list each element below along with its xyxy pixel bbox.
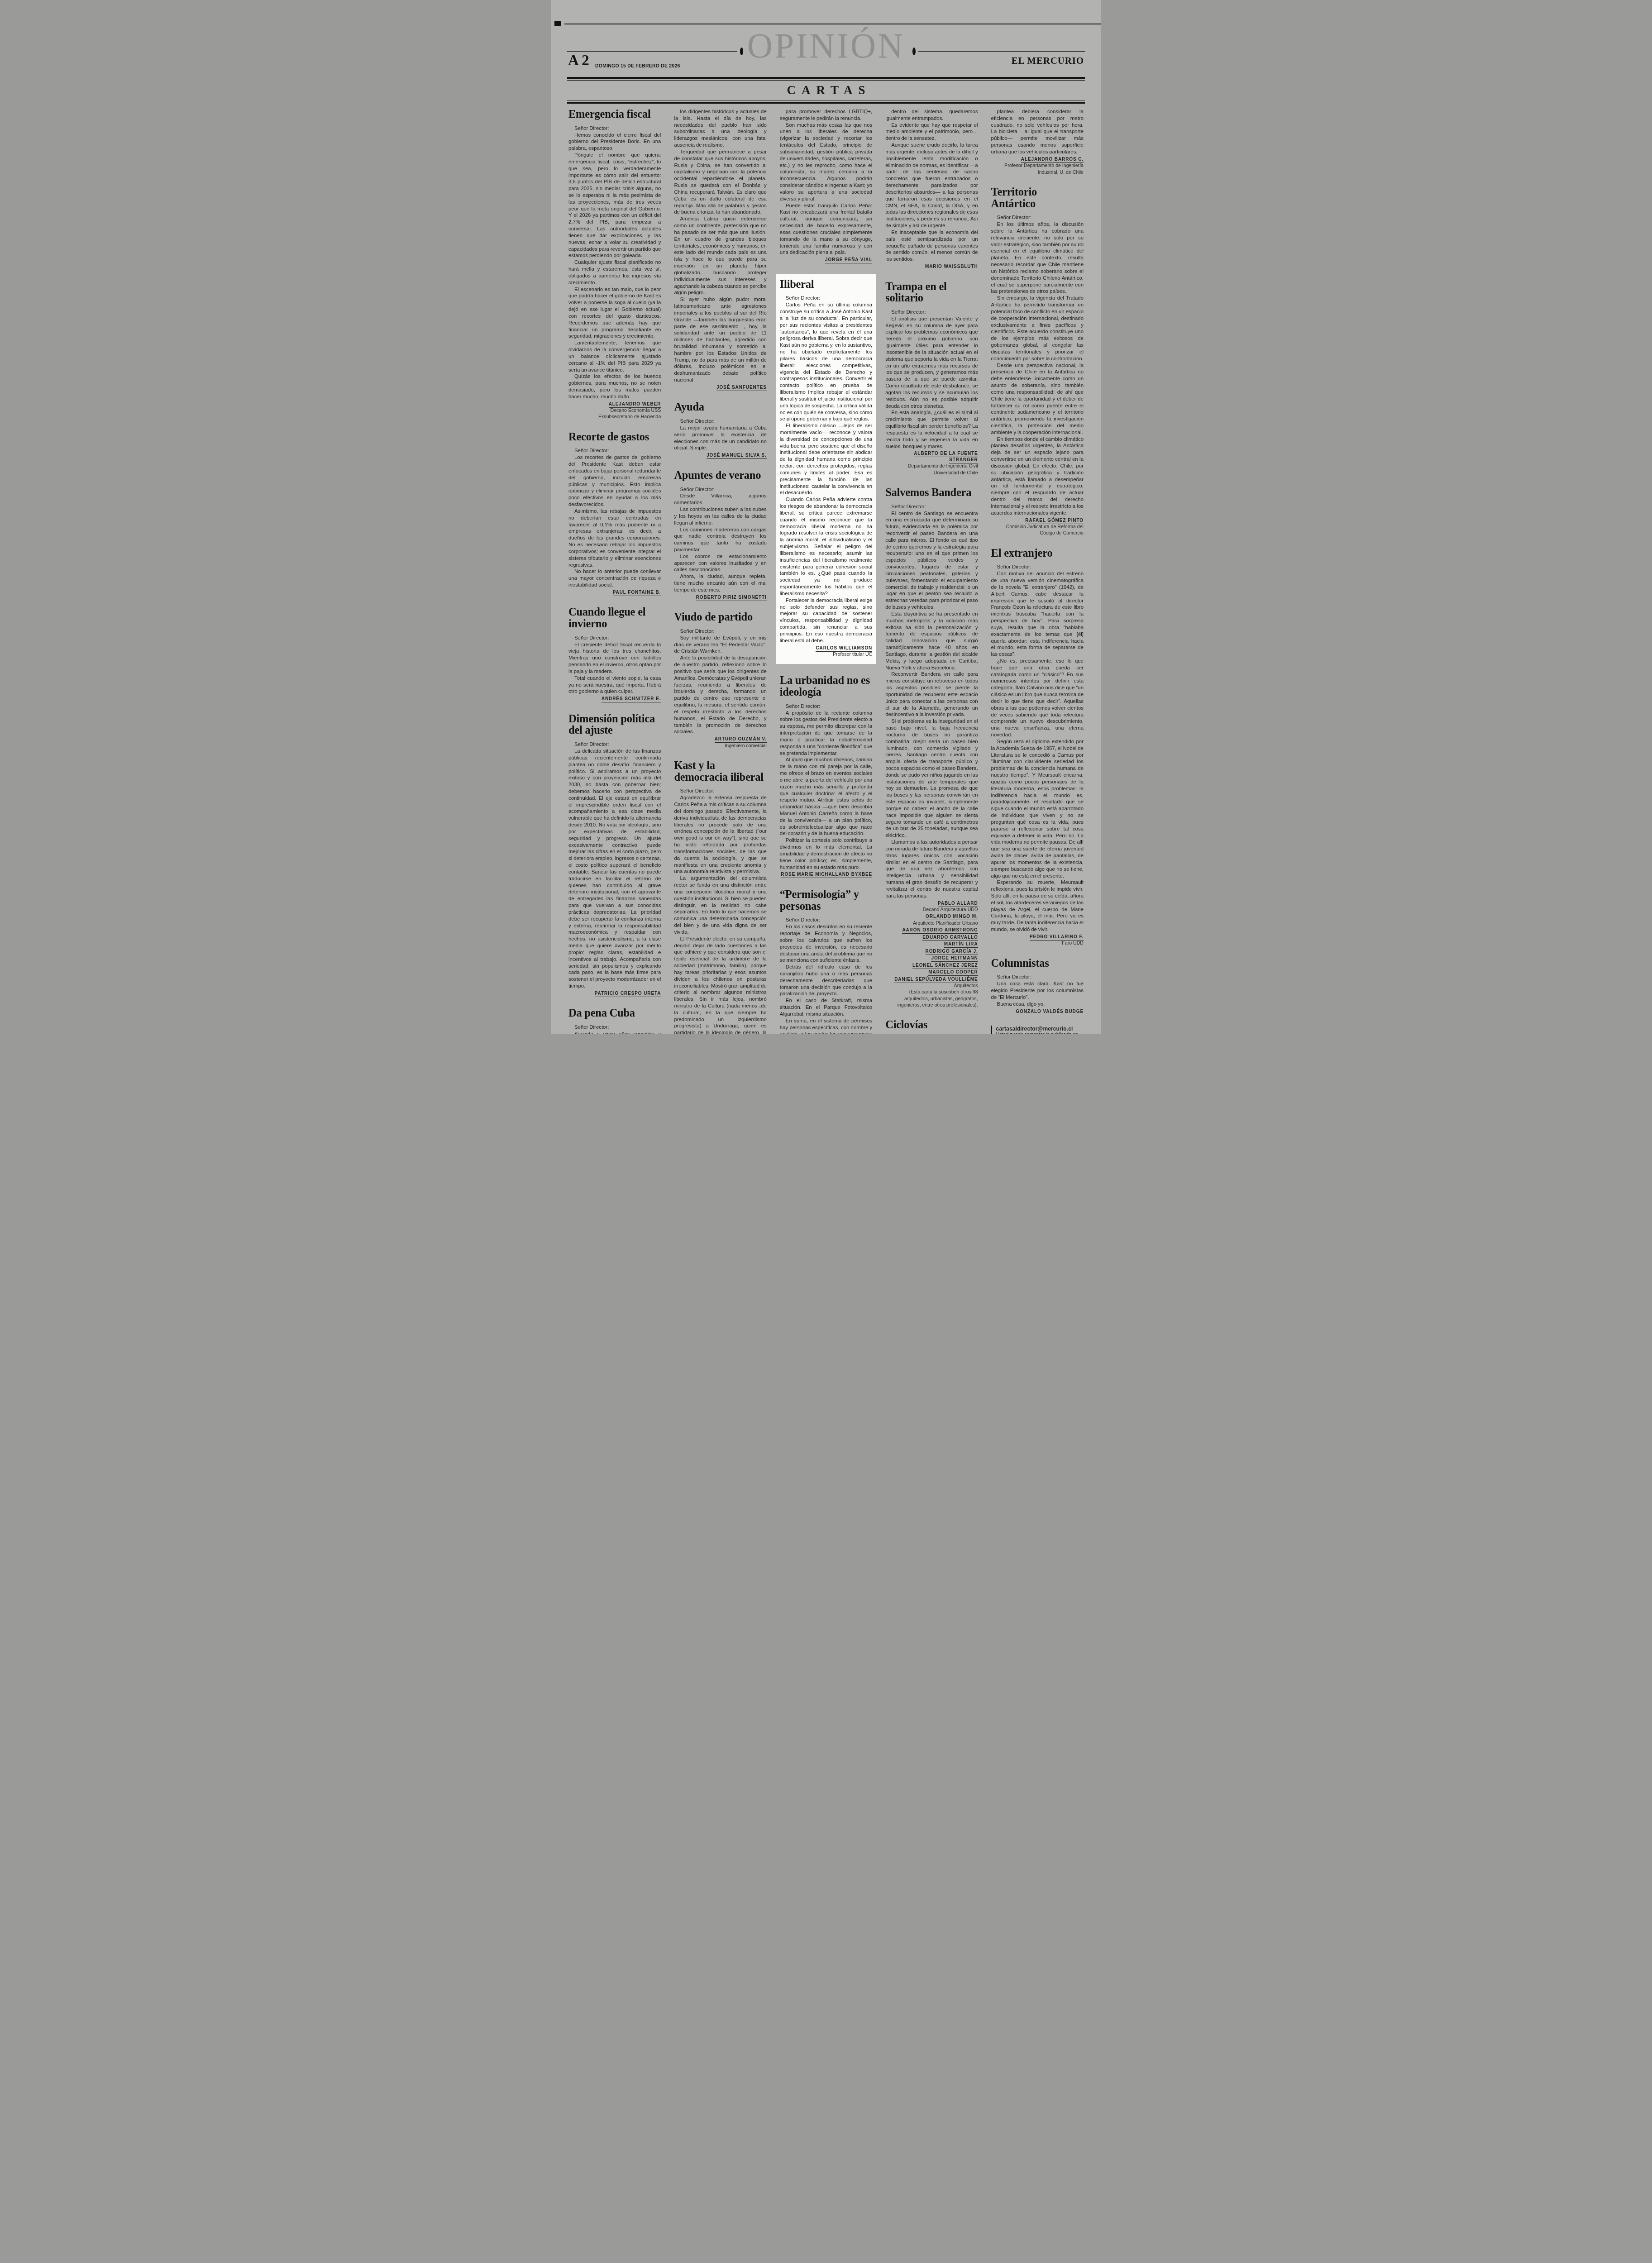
letter-headline: Apuntes de verano (674, 470, 766, 482)
letter-headline: Recorte de gastos (568, 431, 661, 443)
letter-paragraph: Señor Director: (568, 1024, 661, 1031)
signature-role: Faro UDD (991, 940, 1084, 946)
signature-name: PAUL FONTAINE B. (568, 590, 661, 596)
letter-article: IliberalSeñor Director:Carlos Peña en su… (776, 274, 876, 664)
letter-paragraph: En los últimos años, la discusión sobre … (991, 221, 1084, 295)
letter-paragraph: Sesenta y cinco años sometida a bloqueo … (568, 1031, 661, 1034)
letter-paragraph: Quizás los efectos de los buenos gobiern… (568, 373, 661, 400)
blog-note: Usted puede comentar lo publicado en nue… (996, 1032, 1084, 1034)
ornament-rule-left (567, 51, 737, 52)
letter-paragraph: Esperando su muerte, Meursault reflexion… (991, 879, 1084, 933)
signature-role: Decano Arquitectura UDD (885, 907, 978, 913)
signature-name: DANIEL SEPÚLVEDA VOULLIÈME (885, 977, 978, 983)
letter-paragraph: Soy militante de Evópoli, y en mis días … (674, 635, 766, 655)
signature-name: LEONEL SÁNCHEZ JEREZ (885, 963, 978, 969)
masthead: EL MERCURIO (1012, 55, 1084, 67)
letter-paragraph: La mejor ayuda humanitaria a Cuba sería … (674, 425, 766, 452)
letter-paragraph: Señor Director: (674, 487, 766, 493)
letter-paragraph: En tiempos donde el cambio climático pla… (991, 436, 1084, 517)
divider-thick-bottom (567, 102, 1085, 104)
letter-paragraph: Son muchas más cosas las que nos unen a … (780, 122, 872, 203)
signature-name: ARTURO GUZMÁN V. (674, 736, 766, 743)
letter-paragraph: Señor Director: (991, 215, 1084, 221)
divider-thick (567, 77, 1085, 79)
signature-name: CARLOS WILLIAMSON (780, 645, 872, 652)
signature-name: RODRIGO GARCÍA J. (885, 949, 978, 955)
letter-article: ColumnistasSeñor Director:Una cosa está … (991, 958, 1084, 1015)
letter-paragraph: Los cobros de estacionamiento aparecen c… (674, 554, 766, 573)
signature-role: Departamento de Ingeniería Civil (885, 463, 978, 469)
letter-paragraph: Los recortes de gastos del gobierno del … (568, 454, 661, 508)
signature-name: ROBERTO PIRIZ SIMONETTI (674, 595, 766, 601)
letter-paragraph: Señor Director: (885, 504, 978, 511)
letter-headline: Ciclovías (885, 1019, 978, 1031)
letter-article: Kast y la democracia iliberalSeñor Direc… (674, 760, 766, 1034)
letter-headline: Salvemos Bandera (885, 487, 978, 499)
letter-article: AyudaSeñor Director:La mejor ayuda human… (674, 401, 766, 458)
letter-paragraph: Desde una perspectiva nacional, la prese… (991, 363, 1084, 436)
letter-paragraph: Cualquier ajuste fiscal planificado no h… (568, 259, 661, 286)
letter-article: Salvemos BanderaSeñor Director:El centro… (885, 487, 978, 1008)
letter-headline: Territorio Antártico (991, 186, 1084, 210)
signature-name: ORLANDO MINGO M. (885, 914, 978, 920)
letter-paragraph: América Latina quiso entenderse como un … (674, 216, 766, 296)
letter-paragraph: Los camiones madereros con cargas que na… (674, 527, 766, 554)
letter-paragraph: Ante la posibilidad de la desaparición d… (674, 655, 766, 735)
letters-policy-box: cartasaldirector@mercurio.cl Usted puede… (991, 1026, 1084, 1034)
letter-paragraph: los dirigentes históricos y actuales de … (674, 109, 766, 149)
letter-article: El extranjeroSeñor Director:Con motivo d… (991, 548, 1084, 947)
divider-thin (567, 80, 1085, 81)
letter-paragraph: El creciente déficit fiscal recuerda la … (568, 642, 661, 675)
letter-headline: Emergencia fiscal (568, 109, 661, 120)
ornament-dot-left (740, 48, 743, 55)
signature-role: Arquitecto Planificador Urbano (885, 920, 978, 926)
signature-name: PATRICIO CRESPO URETA (568, 991, 661, 997)
letter-paragraph: Al igual que muchos chilenos, camino de … (780, 757, 872, 837)
letter-paragraph: Si el problema es la inseguridad en el p… (885, 718, 978, 839)
letter-article: “Permisología” y personasSeñor Director:… (780, 889, 872, 1034)
letter-headline: “Permisología” y personas (780, 889, 872, 912)
letter-headline: Ayuda (674, 401, 766, 413)
signature-name: MARIO WAISSBLUTH (885, 264, 978, 270)
signature-name: ALEJANDRO BARROS C. (991, 157, 1084, 163)
subsection-title: CARTAS (551, 83, 1101, 97)
letter-paragraph: El centro de Santiago se encuentra en un… (885, 511, 978, 611)
letter-paragraph: Aunque suene crudo decirlo, la tarea más… (885, 142, 978, 229)
letter-paragraph: ¿No es, precisamente, eso lo que hace qu… (991, 658, 1084, 739)
signature-name: PABLO ALLARD (885, 901, 978, 907)
letter-paragraph: Hemos conocido el cierre fiscal del gobi… (568, 132, 661, 152)
letter-paragraph: plantea debiera considerar la eficiencia… (991, 109, 1084, 156)
signature-name: MARTÍN LIRA (885, 941, 978, 948)
letters-grid: Emergencia fiscalSeñor Director:Hemos co… (568, 109, 1084, 1034)
letter-paragraph: Ahora, la ciudad, aunque repleta, tiene … (674, 573, 766, 593)
letter-article: Da pena CubaSeñor Director:Sesenta y cin… (568, 1007, 661, 1034)
ornament-rule-right (918, 51, 1085, 52)
contact-email-link[interactable]: cartasaldirector@mercurio.cl (996, 1026, 1084, 1032)
letter-paragraph: Cuando Carlos Peña advierte contra los r… (780, 497, 872, 597)
signature-name: ALBERTO DE LA FUENTE STRANGER (885, 451, 978, 463)
letter-paragraph: Terquedad que permanece a pesar de const… (674, 149, 766, 216)
column-1: Emergencia fiscalSeñor Director:Hemos co… (568, 109, 661, 1034)
letter-paragraph: Señor Director: (568, 741, 661, 748)
letter-continuation: los dirigentes históricos y actuales de … (674, 109, 766, 391)
letter-headline: Columnistas (991, 958, 1084, 969)
letter-paragraph: No hacer lo anterior puede conllevar una… (568, 568, 661, 588)
letter-paragraph: Lamentablemente, tenemos que olvidarnos … (568, 340, 661, 373)
ornament-dot-right (912, 48, 916, 55)
letter-headline: Da pena Cuba (568, 1007, 661, 1019)
letter-article: Trampa en el solitarioSeñor Director:El … (885, 281, 978, 476)
letter-paragraph: Señor Director: (780, 917, 872, 924)
letter-paragraph: Señor Director: (674, 788, 766, 795)
letter-continuation: plantea debiera considerar la eficiencia… (991, 109, 1084, 176)
signature-role: Universidad de Chile (885, 470, 978, 476)
letter-paragraph: El liberalismo clásico —lejos de ser mor… (780, 423, 872, 497)
letter-paragraph: En los casos descritos en su reciente re… (780, 924, 872, 964)
letter-paragraph: En el caso de Statkraft, misma situación… (780, 998, 872, 1017)
signature-name: ANDRÉS SCHNITZER E. (568, 696, 661, 702)
column-3: para promover derechos LGBTIQ+, segurame… (780, 109, 872, 1034)
letter-paragraph: Fortalecer la democracia liberal exige n… (780, 597, 872, 645)
letter-paragraph: Reconvertir Bandera en calle para micros… (885, 671, 978, 718)
newspaper-page: OPINIÓN A 2 DOMINGO 15 DE FEBRERO DE 202… (551, 0, 1101, 1034)
signature-role: Comisión Judicatura de Reforma del Códig… (991, 524, 1084, 537)
signature-role: Arquitectos (885, 983, 978, 989)
letter-article: Apuntes de veranoSeñor Director:Desde Vi… (674, 470, 766, 601)
letter-paragraph: La delicada situación de las finanzas pú… (568, 748, 661, 990)
letter-paragraph: Póngale el nombre que quiera: emergencia… (568, 152, 661, 259)
signature-name: JOSÉ SANFUENTES (674, 385, 766, 391)
letter-paragraph: Señor Director: (568, 125, 661, 132)
letter-headline: Viudo de partido (674, 611, 766, 623)
signature-name: MARCELO COOPER (885, 969, 978, 976)
signature-name: JORGE HEITMANN (885, 955, 978, 962)
letter-paragraph: Es inaceptable que la economía del país … (885, 229, 978, 263)
letter-paragraph: Es evidente que hay que respetar el medi… (885, 122, 978, 142)
letter-paragraph: La argumentación del columnista rector s… (674, 875, 766, 936)
signature-name: JOSÉ MANUEL SILVA S. (674, 453, 766, 459)
letter-paragraph: Llamamos a las autoridades a pensar con … (885, 839, 978, 899)
letter-paragraph: Señor Director: (991, 564, 1084, 571)
signature-name: RAFAEL GÓMEZ PINTO (991, 518, 1084, 524)
letter-paragraph: Total cuando el viento sople, la casa ya… (568, 675, 661, 695)
letter-paragraph: En suma, en el sistema de permisos hay p… (780, 1018, 872, 1034)
signature-name: JORGE PEÑA VIAL (780, 257, 872, 263)
column-5: plantea debiera considerar la eficiencia… (991, 109, 1084, 1034)
letter-paragraph: Una cosa está clara. Kast no fue elegido… (991, 981, 1084, 1001)
column-2: los dirigentes históricos y actuales de … (674, 109, 766, 1034)
divider-thin-bottom (567, 100, 1085, 100)
letter-article: Dimensión política del ajusteSeñor Direc… (568, 713, 661, 997)
letter-paragraph: Señor Director: (780, 295, 872, 302)
signature-name: AARÓN OSORIO ARMSTRONG (885, 927, 978, 934)
signature-role: Profesor Departamento de Ingeniería Indu… (991, 162, 1084, 176)
page-number: A 2 (568, 53, 589, 68)
letter-paragraph: Señor Director: (885, 309, 978, 316)
letter-continuation: dentro del sistema, quedaremos igualment… (885, 109, 978, 270)
letter-paragraph: Si ayer hubo algún pudor moral latinoame… (674, 296, 766, 384)
letter-headline: El extranjero (991, 548, 1084, 559)
letter-paragraph: Señor Director: (568, 635, 661, 642)
letter-headline: Trampa en el solitario (885, 281, 978, 304)
signature-role: (Esta carta la suscriben otros 98 arquit… (885, 989, 978, 1008)
letter-paragraph: Según reza el diploma extendido por la A… (991, 739, 1084, 879)
signature-role: Ingeniero comercial (674, 743, 766, 749)
signature-role: Profesor titular UC (780, 651, 872, 658)
signature-name: GONZALO VALDÉS BUDGE (991, 1009, 1084, 1015)
letter-paragraph: para promover derechos LGBTIQ+, segurame… (780, 109, 872, 122)
signature-role: Exsubsecretario de Hacienda (568, 414, 661, 420)
letter-paragraph: Esta disyuntiva se ha presentado en much… (885, 611, 978, 671)
letter-paragraph: Señor Director: (674, 628, 766, 635)
letter-headline: Dimensión política del ajuste (568, 713, 661, 736)
letter-paragraph: Señor Director: (991, 974, 1084, 981)
letter-article: Recorte de gastosSeñor Director:Los reco… (568, 431, 661, 596)
letter-article: CiclovíasSeñor Director:En relación con … (885, 1019, 978, 1034)
letter-paragraph: dentro del sistema, quedaremos igualment… (885, 109, 978, 122)
letter-paragraph: Sin embargo, la vigencia del Tratado Ant… (991, 295, 1084, 362)
letter-headline: Cuando llegue el invierno (568, 606, 661, 630)
signature-name: EDUARDO CARVALLO (885, 935, 978, 941)
letter-paragraph: El Presidente electo, en su campaña, dec… (674, 936, 766, 1034)
letter-paragraph: El análisis que presentan Valente y Kege… (885, 316, 978, 410)
page-header: OPINIÓN A 2 DOMINGO 15 DE FEBRERO DE 202… (551, 0, 1101, 105)
letter-headline: La urbanidad no es ideología (780, 675, 872, 698)
letter-article: Emergencia fiscalSeñor Director:Hemos co… (568, 109, 661, 420)
letter-paragraph: A propósito de la reciente columna sobre… (780, 710, 872, 757)
letter-headline: Iliberal (780, 279, 872, 291)
letter-paragraph: Las contribuciones suben a las nubes y l… (674, 506, 766, 526)
letter-paragraph: Politizar la cortesía solo contribuye a … (780, 837, 872, 871)
letter-paragraph: Asimismo, las rebajas de impuestos no de… (568, 508, 661, 568)
letter-article: Viudo de partidoSeñor Director:Soy milit… (674, 611, 766, 749)
letter-paragraph: Carlos Peña en su última columna constru… (780, 302, 872, 423)
issue-date: DOMINGO 15 DE FEBRERO DE 2026 (595, 63, 680, 69)
letter-paragraph: Con motivo del anuncio del estreno de un… (991, 571, 1084, 658)
column-4: dentro del sistema, quedaremos igualment… (885, 109, 978, 1034)
letter-paragraph: En esta analogía, ¿cuál es el símil al c… (885, 410, 978, 450)
signature-name: ALEJANDRO WEBER (568, 401, 661, 408)
letter-paragraph: El escenario es tan malo, que lo peor qu… (568, 286, 661, 340)
letter-paragraph: Buena cosa, digo yo. (991, 1001, 1084, 1008)
signature-name: ROSE MARIE MICHALLAND BYXBEE (780, 872, 872, 878)
letter-paragraph: Señor Director: (674, 418, 766, 425)
letter-article: La urbanidad no es ideologíaSeñor Direct… (780, 675, 872, 878)
letter-paragraph: Agradezco la extensa respuesta de Carlos… (674, 795, 766, 875)
letter-headline: Kast y la democracia iliberal (674, 760, 766, 783)
letter-article: Cuando llegue el inviernoSeñor Director:… (568, 606, 661, 702)
letter-paragraph: Señor Director: (568, 448, 661, 454)
letter-paragraph: Detrás del ridículo caso de los naranjil… (780, 964, 872, 998)
letter-paragraph: Desde Villarrica, algunos comentarios. (674, 493, 766, 506)
letter-paragraph: Señor Director: (780, 703, 872, 710)
signature-role: Decano Economía USS (568, 407, 661, 414)
letter-paragraph: Puede estar tranquilo Carlos Peña: Kast … (780, 203, 872, 257)
letter-article: Territorio AntárticoSeñor Director:En lo… (991, 186, 1084, 537)
signature-name: PEDRO VILLARINO F. (991, 934, 1084, 941)
letter-continuation: para promover derechos LGBTIQ+, segurame… (780, 109, 872, 263)
